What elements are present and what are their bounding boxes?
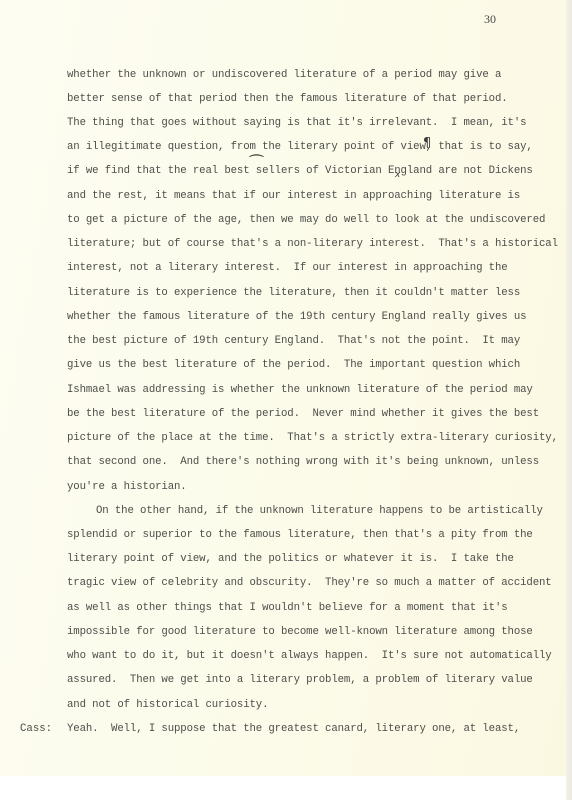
- text-line: interest, not a literary interest. If ou…: [67, 261, 508, 275]
- text-line: and not of historical curiosity.: [67, 698, 268, 712]
- text-line: you're a historian.: [67, 480, 187, 494]
- text-line: literary point of view, and the politics…: [67, 552, 514, 566]
- text-line: literature; but of course that's a non-l…: [67, 237, 558, 251]
- text-line: picture of the place at the time. That's…: [67, 431, 558, 445]
- page-edge-shadow: [566, 0, 572, 800]
- text-line: whether the famous literature of the 19t…: [67, 310, 526, 324]
- text-line: splendid or superior to the famous liter…: [67, 528, 533, 542]
- page-number: 30: [484, 12, 496, 27]
- paragraph-start-line: On the other hand, if the unknown litera…: [96, 504, 543, 518]
- speaker-text-line: Yeah. Well, I suppose that the greatest …: [67, 722, 520, 736]
- text-line: if we find that the real best sellers of…: [67, 164, 533, 178]
- text-line: whether the unknown or undiscovered lite…: [67, 68, 501, 82]
- text-line: as well as other things that I wouldn't …: [67, 601, 508, 615]
- text-line: Ishmael was addressing is whether the un…: [67, 383, 533, 397]
- document-page: 30 whether the unknown or undiscovered l…: [0, 0, 568, 776]
- text-line: impossible for good literature to become…: [67, 625, 533, 639]
- text-line: that second one. And there's nothing wro…: [67, 455, 539, 469]
- text-line: The thing that goes without saying is th…: [67, 116, 526, 130]
- text-line: better sense of that period then the fam…: [67, 92, 508, 106]
- text-line: be the best literature of the period. Ne…: [67, 407, 539, 421]
- text-line: who want to do it, but it doesn't always…: [67, 649, 552, 663]
- text-line: literature is to experience the literatu…: [67, 286, 520, 300]
- text-line: tragic view of celebrity and obscurity. …: [67, 576, 552, 590]
- text-line: an illegitimate question, from the liter…: [67, 140, 533, 154]
- text-line: give us the best literature of the perio…: [67, 358, 520, 372]
- text-line: to get a picture of the age, then we may…: [67, 213, 545, 227]
- text-line: the best picture of 19th century England…: [67, 334, 520, 348]
- speaker-label: Cass:: [20, 722, 52, 736]
- text-line: and the rest, it means that if our inter…: [67, 189, 520, 203]
- text-line: assured. Then we get into a literary pro…: [67, 673, 533, 687]
